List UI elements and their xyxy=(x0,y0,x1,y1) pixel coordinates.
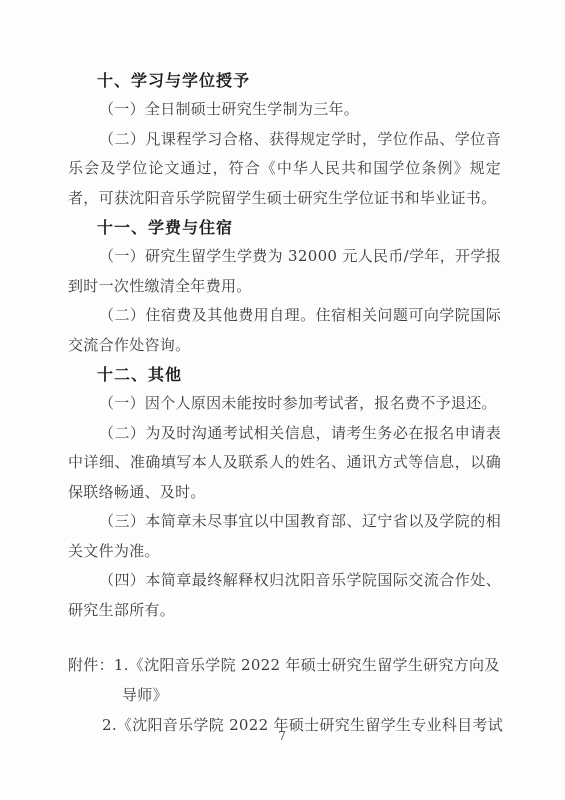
section-heading-others: 十二、其他 xyxy=(68,360,501,389)
paragraph: （二）凡课程学习合格、获得规定学时，学位作品、学位音乐会及学位论文通过，符合《中… xyxy=(68,125,501,214)
attachment-line: 附件：1.《沈阳音乐学院 2022 年硕士研究生留学生研究方向及 xyxy=(68,650,501,680)
document-body: 十、学习与学位授予 （一）全日制硕士研究生学制为三年。 （二）凡课程学习合格、获… xyxy=(68,66,501,740)
paragraph: （二）住宿费及其他费用自理。住宿相关问题可向学院国际交流合作处咨询。 xyxy=(68,301,501,360)
paragraph: （四）本简章最终解释权归沈阳音乐学院国际交流合作处、研究生部所有。 xyxy=(68,566,501,625)
attachments-block: 附件：1.《沈阳音乐学院 2022 年硕士研究生留学生研究方向及 导师》 2.《… xyxy=(68,650,501,740)
document-page: 十、学习与学位授予 （一）全日制硕士研究生学制为三年。 （二）凡课程学习合格、获… xyxy=(0,0,565,800)
paragraph: （一）因个人原因未能按时参加考试者，报名费不予退还。 xyxy=(68,389,501,419)
section-heading-tuition-and-housing: 十一、学费与住宿 xyxy=(68,213,501,242)
paragraph: （二）为及时沟通考试相关信息，请考生务必在报名申请表中详细、准确填写本人及联系人… xyxy=(68,419,501,508)
attachment-line: 导师》 xyxy=(68,680,501,710)
paragraph: （三）本简章未尽事宜以中国教育部、辽宁省以及学院的相关文件为准。 xyxy=(68,507,501,566)
section-heading-study-and-degree: 十、学习与学位授予 xyxy=(68,66,501,95)
page-number: 7 xyxy=(0,729,565,743)
paragraph: （一）研究生留学生学费为 32000 元人民币/学年，开学报到时一次性缴清全年费… xyxy=(68,242,501,301)
paragraph: （一）全日制硕士研究生学制为三年。 xyxy=(68,95,501,125)
